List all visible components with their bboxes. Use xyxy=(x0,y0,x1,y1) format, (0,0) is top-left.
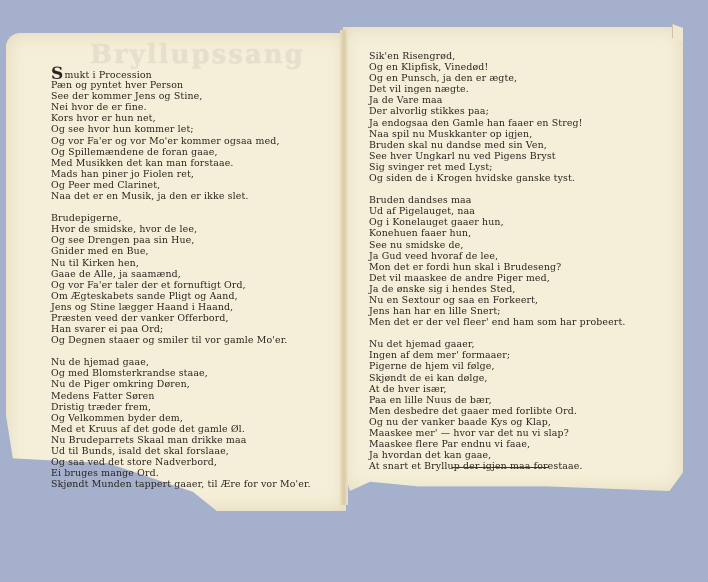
right-page-text: Sik'en Risengrød, Og en Klipfisk, Vinedø… xyxy=(369,51,626,483)
verse-line: Ud til Bunds, isald det skal forslaae, xyxy=(51,446,311,457)
verse-line: Nu det hjemad gaaer, xyxy=(369,339,626,350)
verse-line: At de hver især, xyxy=(369,384,626,395)
verse-line: Ja Gud veed hvoraf de lee, xyxy=(369,251,626,262)
verse-line: Naa det er en Musik, ja den er ikke slet… xyxy=(51,191,311,202)
verse-line: Og en Punsch, ja den er ægte, xyxy=(369,73,626,84)
verse-line: Konehuen faaer hun, xyxy=(369,228,626,239)
verse-line: Mon det er fordi hun skal i Brudeseng? xyxy=(369,262,626,273)
verse-line: Og Spillemændene de foran gaae, xyxy=(51,147,311,158)
verse-line: Og vor Fa'er og vor Mo'er kommer ogsaa m… xyxy=(51,136,311,147)
verse-line: Og Degnen staaer og smiler til vor gamle… xyxy=(51,335,311,346)
verse-line: Bruden skal nu dandse med sin Ven, xyxy=(369,140,626,151)
verse-line: Ja de Vare maa xyxy=(369,95,626,106)
verse-line: Og saa ved det store Nadverbord, xyxy=(51,457,311,468)
verse-line: Og med Blomsterkrandse staae, xyxy=(51,368,311,379)
verse-line: Nu en Sextour og saa en Forkeert, xyxy=(369,295,626,306)
verse-line: Dristig træder frem, xyxy=(51,402,311,413)
verse-line: Nu de hjemad gaae, xyxy=(51,357,311,368)
verse-line: Brudepigerne, xyxy=(51,213,311,224)
verse-line: Gnider med en Bue, xyxy=(51,246,311,257)
verse-line: Jens og Stine lægger Haand i Haand, xyxy=(51,302,311,313)
verse-line: Bruden dandses maa xyxy=(369,195,626,206)
verse-line: Medens Fatter Søren xyxy=(51,391,311,402)
verse-line: Nu de Piger omkring Døren, xyxy=(51,379,311,390)
verse-line: Jens han har en lille Snert; xyxy=(369,306,626,317)
verse-line: Maaskee flere Par endnu vi faae, xyxy=(369,439,626,450)
verse-line: Ingen af dem mer' formaaer; xyxy=(369,350,626,361)
verse-line: Pæn og pyntet hver Person xyxy=(51,80,311,91)
verse-line: Det vil ingen nægte. xyxy=(369,84,626,95)
book-spine xyxy=(340,30,348,505)
verse-line: Nu Brudeparrets Skaal man drikke maa xyxy=(51,435,311,446)
stanza-6: Nu det hjemad gaaer, Ingen af dem mer' f… xyxy=(369,339,626,472)
verse-line: Og i Konelauget gaaer hun, xyxy=(369,217,626,228)
verse-line: Og vor Fa'er taler der et fornuftigt Ord… xyxy=(51,280,311,291)
verse-line: See hver Ungkarl nu ved Pigens Bryst xyxy=(369,151,626,162)
verse-line: Og see hvor hun kommer let; xyxy=(51,124,311,135)
verse-line: Men det er der vel fleer' end ham som ha… xyxy=(369,317,626,328)
verse-line: Han svarer ei paa Ord; xyxy=(51,324,311,335)
verse-line: Det vil maaskee de andre Piger med, xyxy=(369,273,626,284)
verse-line: Skjøndt Munden tappert gaaer, til Ære fo… xyxy=(51,479,311,490)
verse-line: Paa en lille Nuus de bær, xyxy=(369,395,626,406)
verse-line: Og en Klipfisk, Vinedød! xyxy=(369,62,626,73)
verse-line: Med et Kruus af det gode det gamle Øl. xyxy=(51,424,311,435)
verse-line: See nu smidske de, xyxy=(369,240,626,251)
verse-line: Og siden de i Krogen hvidske ganske tyst… xyxy=(369,173,626,184)
verse-line: Gaae de Alle, ja saamænd, xyxy=(51,269,311,280)
stanza-5: Bruden dandses maa Ud af Pigelauget, naa… xyxy=(369,195,626,328)
verse-line: See der kommer Jens og Stine, xyxy=(51,91,311,102)
verse-line: Nei hvor de er fine. xyxy=(51,102,311,113)
verse-line: Kors hvor er hun net, xyxy=(51,113,311,124)
stanza-2: Brudepigerne, Hvor de smidske, hvor de l… xyxy=(51,213,311,346)
verse-line: Ja hvordan det kan gaae, xyxy=(369,450,626,461)
verse-line: Ja endogsaa den Gamle han faaer en Streg… xyxy=(369,118,626,129)
verse-line: Og nu der vanker baade Kys og Klap, xyxy=(369,417,626,428)
stanza-3: Nu de hjemad gaae, Og med Blomsterkrands… xyxy=(51,357,311,490)
verse-line: Hvor de smidske, hvor de lee, xyxy=(51,224,311,235)
verse-line: Maaskee mer' — hvor var det nu vi slap? xyxy=(369,428,626,439)
verse-line: Og Velkommen byder dem, xyxy=(51,413,311,424)
end-rule-divider xyxy=(452,467,549,468)
stanza-4: Sik'en Risengrød, Og en Klipfisk, Vinedø… xyxy=(369,51,626,184)
verse-line: Mads han piner jo Fiolen ret, xyxy=(51,169,311,180)
bleed-through-heading: Bryllupssang xyxy=(90,40,305,70)
verse-line: Men desbedre det gaaer med forlibte Ord. xyxy=(369,406,626,417)
verse-line: Og see Drengen paa sin Hue, xyxy=(51,235,311,246)
verse-line: Ei bruges mange Ord. xyxy=(51,468,311,479)
verse-line: Og Peer med Clarinet, xyxy=(51,180,311,191)
verse-line: Sig svinger ret med Lyst; xyxy=(369,162,626,173)
verse-line: Om Ægteskabets sande Pligt og Aand, xyxy=(51,291,311,302)
left-page-text: Smukt i Procession Pæn og pyntet hver Pe… xyxy=(51,69,311,501)
verse-line: Skjøndt de ei kan dølge, xyxy=(369,373,626,384)
verse-line: Med Musikken det kan man forstaae. xyxy=(51,158,311,169)
verse-line: Præsten veed der vanker Offerbord, xyxy=(51,313,311,324)
verse-line: Der alvorlig stikkes paa; xyxy=(369,106,626,117)
verse-line: Ud af Pigelauget, naa xyxy=(369,206,626,217)
verse-line: Pigerne de hjem vil følge, xyxy=(369,361,626,372)
verse-line: Naa spil nu Muskkanter op igjen, xyxy=(369,129,626,140)
verse-line: Smukt i Procession xyxy=(51,69,311,80)
verse-line: Sik'en Risengrød, xyxy=(369,51,626,62)
verse-line: Ja de ønske sig i hendes Sted, xyxy=(369,284,626,295)
verse-line: Nu til Kirken hen, xyxy=(51,258,311,269)
stanza-1: Smukt i Procession Pæn og pyntet hver Pe… xyxy=(51,69,311,202)
